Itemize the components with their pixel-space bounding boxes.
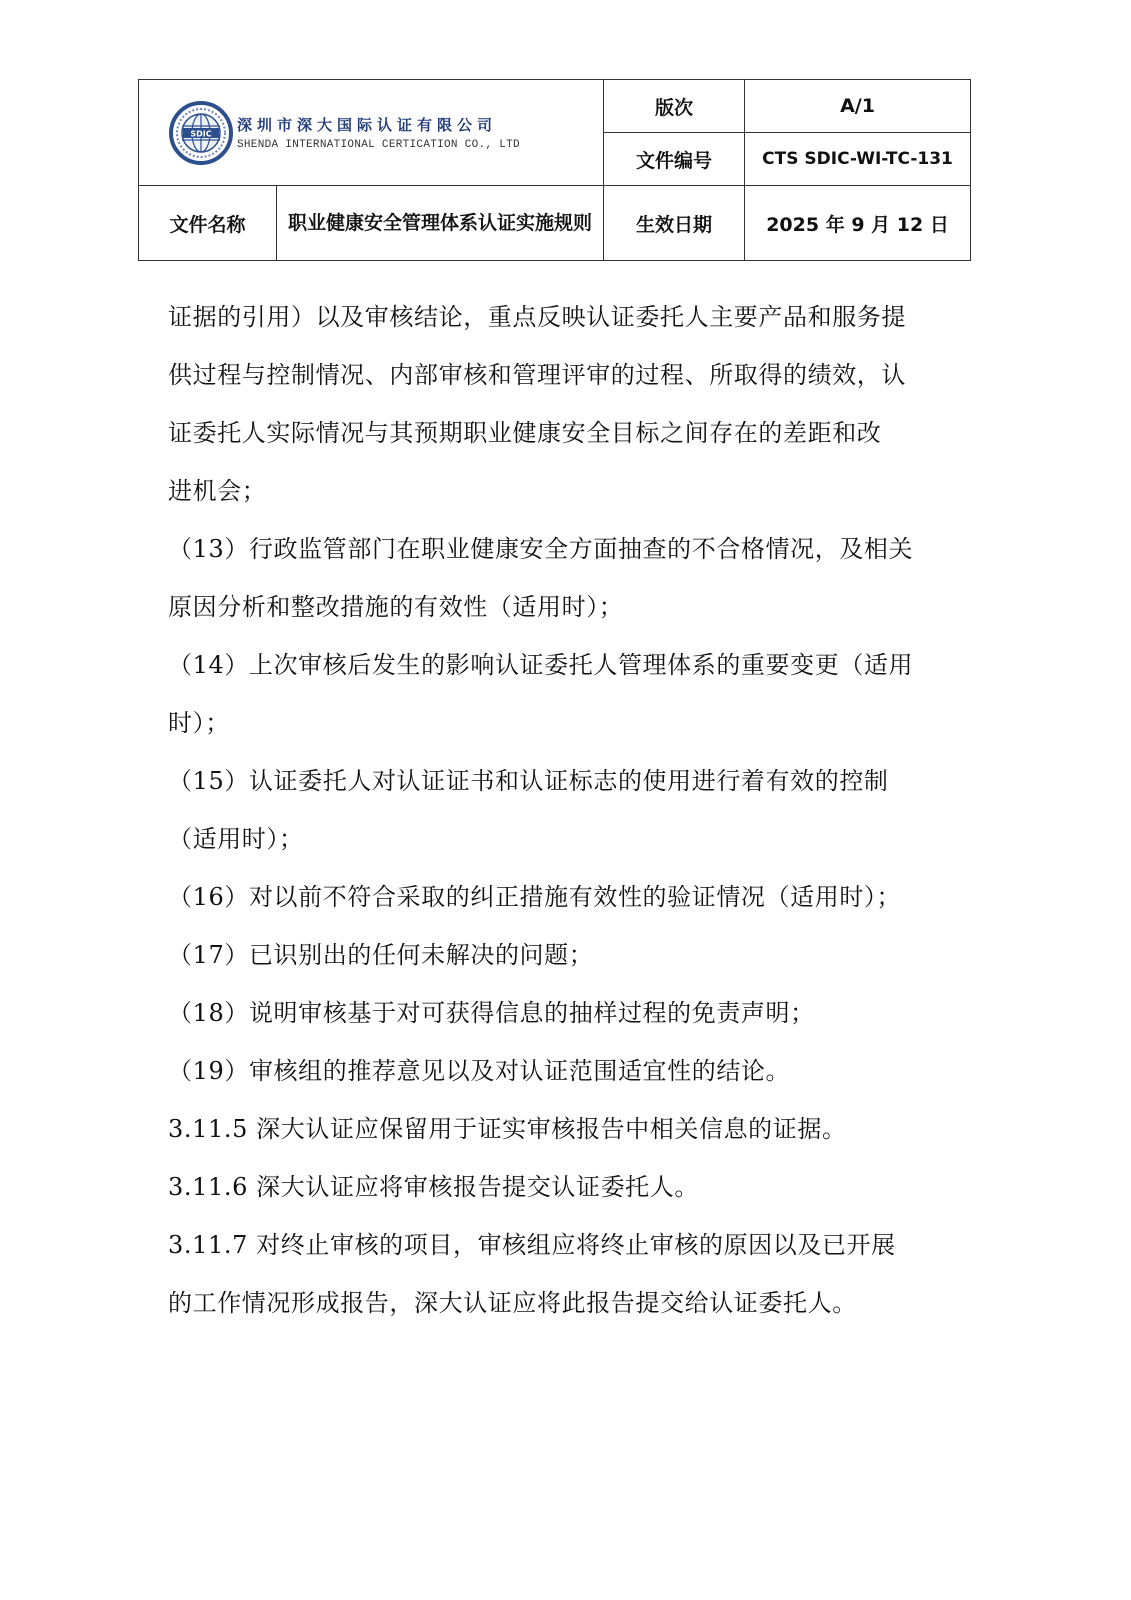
effective-date-label: 生效日期 xyxy=(604,186,745,261)
text-line: 时）； xyxy=(168,694,948,752)
text-line: 原因分析和整改措施的有效性（适用时）； xyxy=(168,578,948,636)
effective-date-value: 2025 年 9 月 12 日 xyxy=(745,186,971,261)
list-item-17: （17）已识别出的任何未解决的问题； xyxy=(168,926,948,984)
clause-3-11-5: 3.11.5 深大认证应保留用于证实审核报告中相关信息的证据。 xyxy=(168,1100,948,1158)
version-value: A/1 xyxy=(745,80,971,133)
text-line: 的工作情况形成报告，深大认证应将此报告提交给认证委托人。 xyxy=(168,1274,948,1332)
text-line: 供过程与控制情况、内部审核和管理评审的过程、所取得的绩效，认 xyxy=(168,346,948,404)
company-name-cn: 深圳市深大国际认证有限公司 xyxy=(237,114,520,135)
document-body: 证据的引用）以及审核结论，重点反映认证委托人主要产品和服务提 供过程与控制情况、… xyxy=(168,288,948,1332)
text-line: 证委托人实际情况与其预期职业健康安全目标之间存在的差距和改 xyxy=(168,404,948,462)
company-logo-cell: SDIC 深圳市深大国际认证有限公司 SHENDA INTERNATIONAL … xyxy=(139,80,604,186)
doc-number-value: CTS SDIC-WI-TC-131 xyxy=(745,133,971,186)
clause-3-11-6: 3.11.6 深大认证应将审核报告提交认证委托人。 xyxy=(168,1158,948,1216)
svg-text:SDIC: SDIC xyxy=(190,129,211,138)
company-name-en: SHENDA INTERNATIONAL CERTICATION CO., LT… xyxy=(237,139,520,151)
list-item-18: （18）说明审核基于对可获得信息的抽样过程的免责声明； xyxy=(168,984,948,1042)
text-line: 证据的引用）以及审核结论，重点反映认证委托人主要产品和服务提 xyxy=(168,288,948,346)
list-item-13: （13）行政监管部门在职业健康安全方面抽查的不合格情况，及相关 xyxy=(168,520,948,578)
doc-name-value: 职业健康安全管理体系认证实施规则 xyxy=(277,186,604,261)
list-item-15: （15）认证委托人对认证证书和认证标志的使用进行着有效的控制 xyxy=(168,752,948,810)
list-item-14: （14）上次审核后发生的影响认证委托人管理体系的重要变更（适用 xyxy=(168,636,948,694)
list-item-16: （16）对以前不符合采取的纠正措施有效性的验证情况（适用时）； xyxy=(168,868,948,926)
list-item-19: （19）审核组的推荐意见以及对认证范围适宜性的结论。 xyxy=(168,1042,948,1100)
text-line: 进机会； xyxy=(168,462,948,520)
doc-number-label: 文件编号 xyxy=(604,133,745,186)
text-line: （适用时）； xyxy=(168,810,948,868)
sdic-globe-logo-icon: SDIC xyxy=(169,101,233,165)
document-header-table: SDIC 深圳市深大国际认证有限公司 SHENDA INTERNATIONAL … xyxy=(138,79,971,261)
doc-name-label: 文件名称 xyxy=(139,186,277,261)
clause-3-11-7: 3.11.7 对终止审核的项目，审核组应将终止审核的原因以及已开展 xyxy=(168,1216,948,1274)
version-label: 版次 xyxy=(604,80,745,133)
